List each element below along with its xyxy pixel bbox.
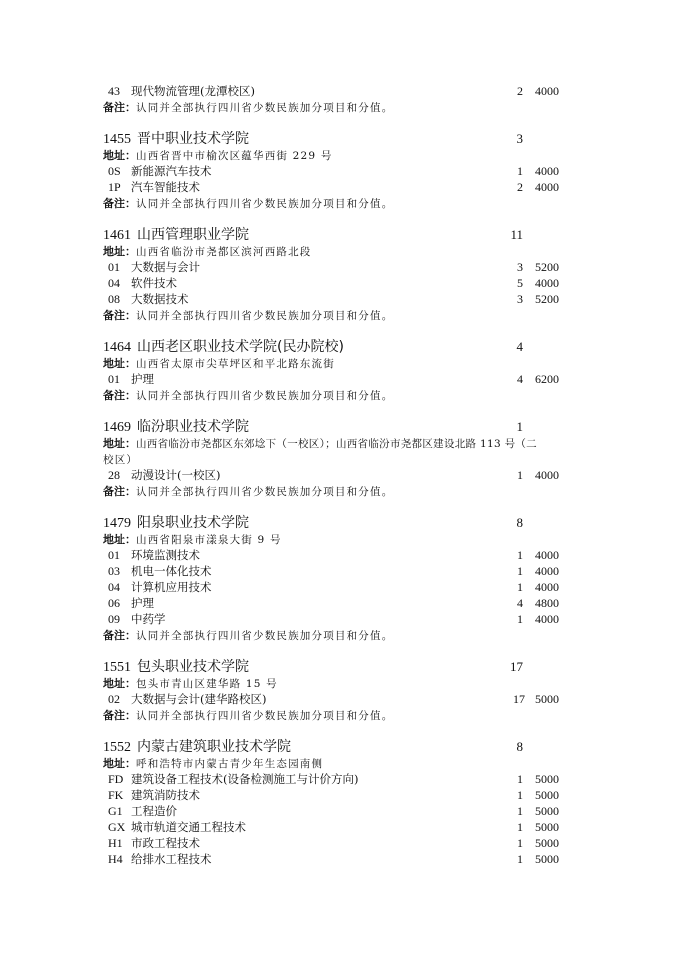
major-count: 2 [513, 179, 523, 195]
note-row: 备注：认同并全部执行四川省少数民族加分项目和分值。 [103, 195, 583, 211]
major-code: 01 [108, 547, 126, 563]
major-name: 机电一体化技术 [131, 564, 212, 578]
major-name: 环境监测技术 [131, 548, 200, 562]
major-row: FD建筑设备工程技术(设备检测施工与计价方向) 1 5000 [103, 771, 583, 787]
major-name: 中药学 [131, 612, 166, 626]
note-label: 备注： [103, 709, 136, 722]
major-row: 08大数据技术 3 5200 [103, 291, 583, 307]
major-fee: 5000 [535, 851, 559, 867]
major-code: 43 [108, 83, 126, 99]
school-count: 4 [503, 338, 523, 356]
major-count: 1 [513, 835, 523, 851]
major-fee: 4000 [535, 163, 559, 179]
major-code: G1 [108, 803, 126, 819]
school-code: 1469 [103, 420, 131, 435]
major-code: 04 [108, 579, 126, 595]
document-page: 43现代物流管理(龙潭校区) 2 4000 备注：认同并全部执行四川省少数民族加… [0, 0, 680, 961]
major-name: 动漫设计(一校区) [131, 468, 220, 482]
address-continuation-row: 校区） [103, 451, 583, 467]
note-label: 备注： [103, 389, 136, 402]
major-fee: 4000 [535, 579, 559, 595]
school-count: 11 [503, 226, 523, 244]
note-row: 备注：认同并全部执行四川省少数民族加分项目和分值。 [103, 307, 583, 323]
note-text: 认同并全部执行四川省少数民族加分项目和分值。 [136, 710, 393, 722]
major-row: 09中药学 1 4000 [103, 611, 583, 627]
major-count: 1 [513, 579, 523, 595]
school-header: 1552内蒙古建筑职业技术学院 8 [103, 738, 583, 756]
major-count: 1 [513, 771, 523, 787]
major-row: 43现代物流管理(龙潭校区) 2 4000 [103, 83, 583, 99]
major-code: 03 [108, 563, 126, 579]
major-fee: 5000 [535, 771, 559, 787]
major-name: 市政工程技术 [131, 836, 200, 850]
address-label: 地址： [103, 437, 136, 450]
major-row: 04软件技术 5 4000 [103, 275, 583, 291]
school-name: 内蒙古建筑职业技术学院 [137, 739, 291, 755]
major-fee: 5000 [535, 819, 559, 835]
major-name: 建筑设备工程技术(设备检测施工与计价方向) [131, 772, 358, 786]
note-row: 备注：认同并全部执行四川省少数民族加分项目和分值。 [103, 707, 583, 723]
major-count: 1 [513, 611, 523, 627]
major-name: 大数据与会计(建华路校区) [131, 692, 266, 706]
major-row: H1市政工程技术 1 5000 [103, 835, 583, 851]
note-label: 备注： [103, 309, 136, 322]
major-count: 1 [513, 467, 523, 483]
school-header: 1464山西老区职业技术学院(民办院校) 4 [103, 338, 583, 356]
school-header: 1455晋中职业技术学院 3 [103, 130, 583, 148]
major-code: 06 [108, 595, 126, 611]
major-name: 汽车智能技术 [131, 180, 200, 194]
major-count: 4 [513, 371, 523, 387]
major-count: 17 [513, 691, 523, 707]
address-label: 地址： [103, 533, 136, 546]
major-fee: 5000 [535, 691, 559, 707]
note-text: 认同并全部执行四川省少数民族加分项目和分值。 [136, 630, 393, 642]
major-fee: 6200 [535, 371, 559, 387]
major-code: GX [108, 819, 126, 835]
major-name: 护理 [131, 596, 154, 610]
major-code: 08 [108, 291, 126, 307]
address-text: 山西省太原市尖草坪区和平北路东流街 [136, 358, 335, 370]
note-row: 备注：认同并全部执行四川省少数民族加分项目和分值。 [103, 99, 583, 115]
major-code: 09 [108, 611, 126, 627]
address-label: 地址： [103, 677, 136, 690]
major-row: FK建筑消防技术 1 5000 [103, 787, 583, 803]
major-row: 04计算机应用技术 1 4000 [103, 579, 583, 595]
school-name: 包头职业技术学院 [137, 659, 249, 675]
school-header: 1479阳泉职业技术学院 8 [103, 514, 583, 532]
address-text: 山西省临汾市尧都区东郊埝下（一校区）；山西省临汾市尧都区建设北路 113 号（二 [136, 438, 537, 450]
major-code: 0S [108, 163, 126, 179]
major-row: H4给排水工程技术 1 5000 [103, 851, 583, 867]
major-code: H1 [108, 835, 126, 851]
major-fee: 4000 [535, 563, 559, 579]
address-row: 地址：呼和浩特市内蒙古青少年生态园南侧 [103, 755, 583, 771]
note-row: 备注：认同并全部执行四川省少数民族加分项目和分值。 [103, 627, 583, 643]
school-name: 阳泉职业技术学院 [137, 515, 249, 531]
major-code: 28 [108, 467, 126, 483]
school-code: 1461 [103, 228, 131, 243]
school-code: 1464 [103, 340, 131, 355]
major-fee: 4800 [535, 595, 559, 611]
address-row: 地址：山西省晋中市榆次区蕴华西街 229 号 [103, 147, 583, 163]
major-name: 建筑消防技术 [131, 788, 200, 802]
major-fee: 5000 [535, 835, 559, 851]
major-name: 现代物流管理(龙潭校区) [131, 84, 255, 98]
address-text: 山西省临汾市尧都区滨河西路北段 [136, 246, 312, 258]
school-count: 3 [503, 130, 523, 148]
major-count: 2 [513, 83, 523, 99]
major-fee: 4000 [535, 547, 559, 563]
note-label: 备注： [103, 485, 136, 498]
address-label: 地址： [103, 757, 136, 770]
major-count: 4 [513, 595, 523, 611]
major-fee: 4000 [535, 611, 559, 627]
major-name: 城市轨道交通工程技术 [131, 820, 246, 834]
school-count: 17 [503, 658, 523, 676]
major-fee: 5000 [535, 803, 559, 819]
school-code: 1455 [103, 132, 131, 147]
major-fee: 5000 [535, 787, 559, 803]
address-text: 包头市青山区建华路 15 号 [136, 678, 278, 690]
major-fee: 5200 [535, 291, 559, 307]
major-name: 软件技术 [131, 276, 177, 290]
school-count: 1 [503, 418, 523, 436]
address-text-continued: 校区） [103, 454, 138, 466]
note-text: 认同并全部执行四川省少数民族加分项目和分值。 [136, 390, 393, 402]
major-row: 28动漫设计(一校区) 1 4000 [103, 467, 583, 483]
major-count: 1 [513, 787, 523, 803]
address-row: 地址：山西省太原市尖草坪区和平北路东流街 [103, 355, 583, 371]
school-name: 山西老区职业技术学院(民办院校) [137, 339, 344, 355]
major-row: 01护理 4 6200 [103, 371, 583, 387]
major-fee: 4000 [535, 275, 559, 291]
school-name: 山西管理职业学院 [137, 227, 249, 243]
school-name: 临汾职业技术学院 [137, 419, 249, 435]
major-count: 1 [513, 163, 523, 179]
address-row: 地址：山西省阳泉市漾泉大街 9 号 [103, 531, 583, 547]
note-label: 备注： [103, 101, 136, 114]
major-code: 01 [108, 259, 126, 275]
major-count: 1 [513, 563, 523, 579]
major-count: 1 [513, 547, 523, 563]
address-row: 地址：山西省临汾市尧都区滨河西路北段 [103, 243, 583, 259]
address-label: 地址： [103, 245, 136, 258]
school-name: 晋中职业技术学院 [137, 131, 249, 147]
school-count: 8 [503, 514, 523, 532]
major-name: 给排水工程技术 [131, 852, 212, 866]
note-row: 备注：认同并全部执行四川省少数民族加分项目和分值。 [103, 387, 583, 403]
school-code: 1479 [103, 516, 131, 531]
major-name: 大数据与会计 [131, 260, 200, 274]
major-row: 01环境监测技术 1 4000 [103, 547, 583, 563]
major-fee: 4000 [535, 179, 559, 195]
major-row: GX城市轨道交通工程技术 1 5000 [103, 819, 583, 835]
school-count: 8 [503, 738, 523, 756]
note-label: 备注： [103, 197, 136, 210]
major-fee: 4000 [535, 83, 559, 99]
note-text: 认同并全部执行四川省少数民族加分项目和分值。 [136, 102, 393, 114]
major-row: 02大数据与会计(建华路校区) 17 5000 [103, 691, 583, 707]
address-text: 山西省晋中市榆次区蕴华西街 229 号 [136, 150, 333, 162]
school-code: 1551 [103, 660, 131, 675]
major-name: 大数据技术 [131, 292, 189, 306]
school-header: 1461山西管理职业学院 11 [103, 226, 583, 244]
major-count: 3 [513, 259, 523, 275]
note-row: 备注：认同并全部执行四川省少数民族加分项目和分值。 [103, 483, 583, 499]
major-row: 01大数据与会计 3 5200 [103, 259, 583, 275]
major-name: 工程造价 [131, 804, 177, 818]
major-code: FK [108, 787, 126, 803]
major-name: 计算机应用技术 [131, 580, 212, 594]
address-label: 地址： [103, 357, 136, 370]
address-text: 山西省阳泉市漾泉大街 9 号 [136, 534, 282, 546]
major-count: 3 [513, 291, 523, 307]
major-code: 02 [108, 691, 126, 707]
note-text: 认同并全部执行四川省少数民族加分项目和分值。 [136, 198, 393, 210]
major-name: 新能源汽车技术 [131, 164, 212, 178]
major-count: 5 [513, 275, 523, 291]
major-count: 1 [513, 851, 523, 867]
school-header: 1551包头职业技术学院 17 [103, 658, 583, 676]
note-text: 认同并全部执行四川省少数民族加分项目和分值。 [136, 486, 393, 498]
major-row: 06护理 4 4800 [103, 595, 583, 611]
major-code: 1P [108, 179, 126, 195]
major-code: FD [108, 771, 126, 787]
major-code: 04 [108, 275, 126, 291]
major-code: H4 [108, 851, 126, 867]
major-code: 01 [108, 371, 126, 387]
school-code: 1552 [103, 740, 131, 755]
major-row: G1工程造价 1 5000 [103, 803, 583, 819]
school-header: 1469临汾职业技术学院 1 [103, 418, 583, 436]
note-label: 备注： [103, 629, 136, 642]
major-count: 1 [513, 819, 523, 835]
major-row: 0S新能源汽车技术 1 4000 [103, 163, 583, 179]
major-row: 1P汽车智能技术 2 4000 [103, 179, 583, 195]
major-fee: 5200 [535, 259, 559, 275]
address-row: 地址：包头市青山区建华路 15 号 [103, 675, 583, 691]
major-fee: 4000 [535, 467, 559, 483]
address-label: 地址： [103, 149, 136, 162]
address-row: 地址：山西省临汾市尧都区东郊埝下（一校区）；山西省临汾市尧都区建设北路 113 … [103, 435, 583, 451]
major-row: 03机电一体化技术 1 4000 [103, 563, 583, 579]
address-text: 呼和浩特市内蒙古青少年生态园南侧 [136, 758, 323, 770]
major-name: 护理 [131, 372, 154, 386]
note-text: 认同并全部执行四川省少数民族加分项目和分值。 [136, 310, 393, 322]
major-count: 1 [513, 803, 523, 819]
